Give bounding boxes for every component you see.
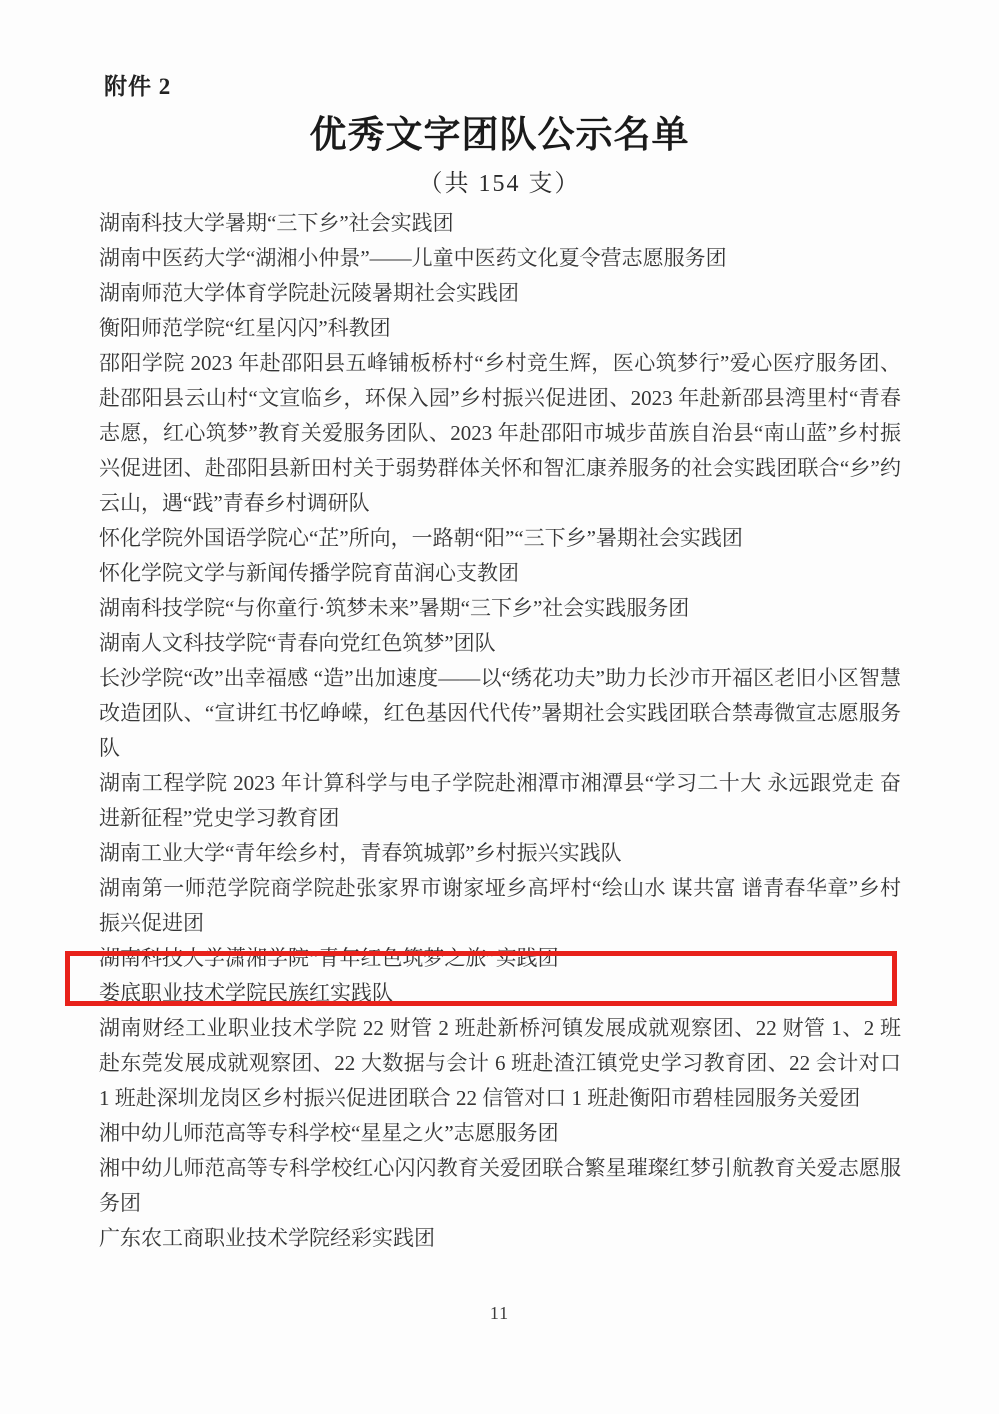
list-item: 湖南第一师范学院商学院赴张家界市谢家垭乡高坪村“绘山水 谋共富 谱青春华章”乡村…: [99, 871, 901, 941]
list-item: 广东农工商职业技术学院经彩实践团: [99, 1221, 901, 1256]
list-item-highlighted: 娄底职业技术学院民族红实践队: [99, 976, 901, 1011]
list-item: 衡阳师范学院“红星闪闪”科教团: [99, 311, 901, 346]
list-item: 怀化学院外国语学院心“芷”所向，一路朝“阳”“三下乡”暑期社会实践团: [99, 521, 901, 556]
list-item: 湖南科技大学潇湘学院“青年红色筑梦之旅”实践团: [99, 941, 901, 976]
list-item: 怀化学院文学与新闻传播学院育苗润心支教团: [99, 556, 901, 591]
list-item: 湖南工业大学“青年绘乡村，青春筑城郭”乡村振兴实践队: [99, 836, 901, 871]
list-item: 长沙学院“改”出幸福感 “造”出加速度——以“绣花功夫”助力长沙市开福区老旧小区…: [99, 661, 901, 766]
list-item: 湘中幼儿师范高等专科学校红心闪闪教育关爱团联合繁星璀璨红梦引航教育关爱志愿服务团: [99, 1151, 901, 1221]
list-item: 湘中幼儿师范高等专科学校“星星之火”志愿服务团: [99, 1116, 901, 1151]
list-item: 湖南工程学院 2023 年计算科学与电子学院赴湘潭市湘潭县“学习二十大 永远跟党…: [99, 766, 901, 836]
list-item: 湖南师范大学体育学院赴沅陵暑期社会实践团: [99, 276, 901, 311]
list-item: 湖南财经工业职业技术学院 22 财管 2 班赴新桥河镇发展成就观察团、22 财管…: [99, 1011, 901, 1116]
team-list: 湖南科技大学暑期“三下乡”社会实践团湖南中医药大学“湖湘小仲景”——儿童中医药文…: [99, 206, 901, 1256]
page-subtitle: （共 154 支）: [0, 163, 999, 198]
attachment-label: 附件 2: [104, 68, 171, 101]
list-item: 湖南中医药大学“湖湘小仲景”——儿童中医药文化夏令营志愿服务团: [99, 241, 901, 276]
document-page: 附件 2 优秀文字团队公示名单 （共 154 支） 湖南科技大学暑期“三下乡”社…: [0, 0, 999, 1414]
list-item: 邵阳学院 2023 年赴邵阳县五峰铺板桥村“乡村竞生辉，医心筑梦行”爱心医疗服务…: [99, 346, 901, 521]
list-item: 湖南科技大学暑期“三下乡”社会实践团: [99, 206, 901, 241]
page-title: 优秀文字团队公示名单: [0, 104, 999, 158]
list-item: 湖南科技学院“与你童行·筑梦未来”暑期“三下乡”社会实践服务团: [99, 591, 901, 626]
page-number: 11: [0, 1303, 999, 1324]
list-item: 湖南人文科技学院“青春向党红色筑梦”团队: [99, 626, 901, 661]
